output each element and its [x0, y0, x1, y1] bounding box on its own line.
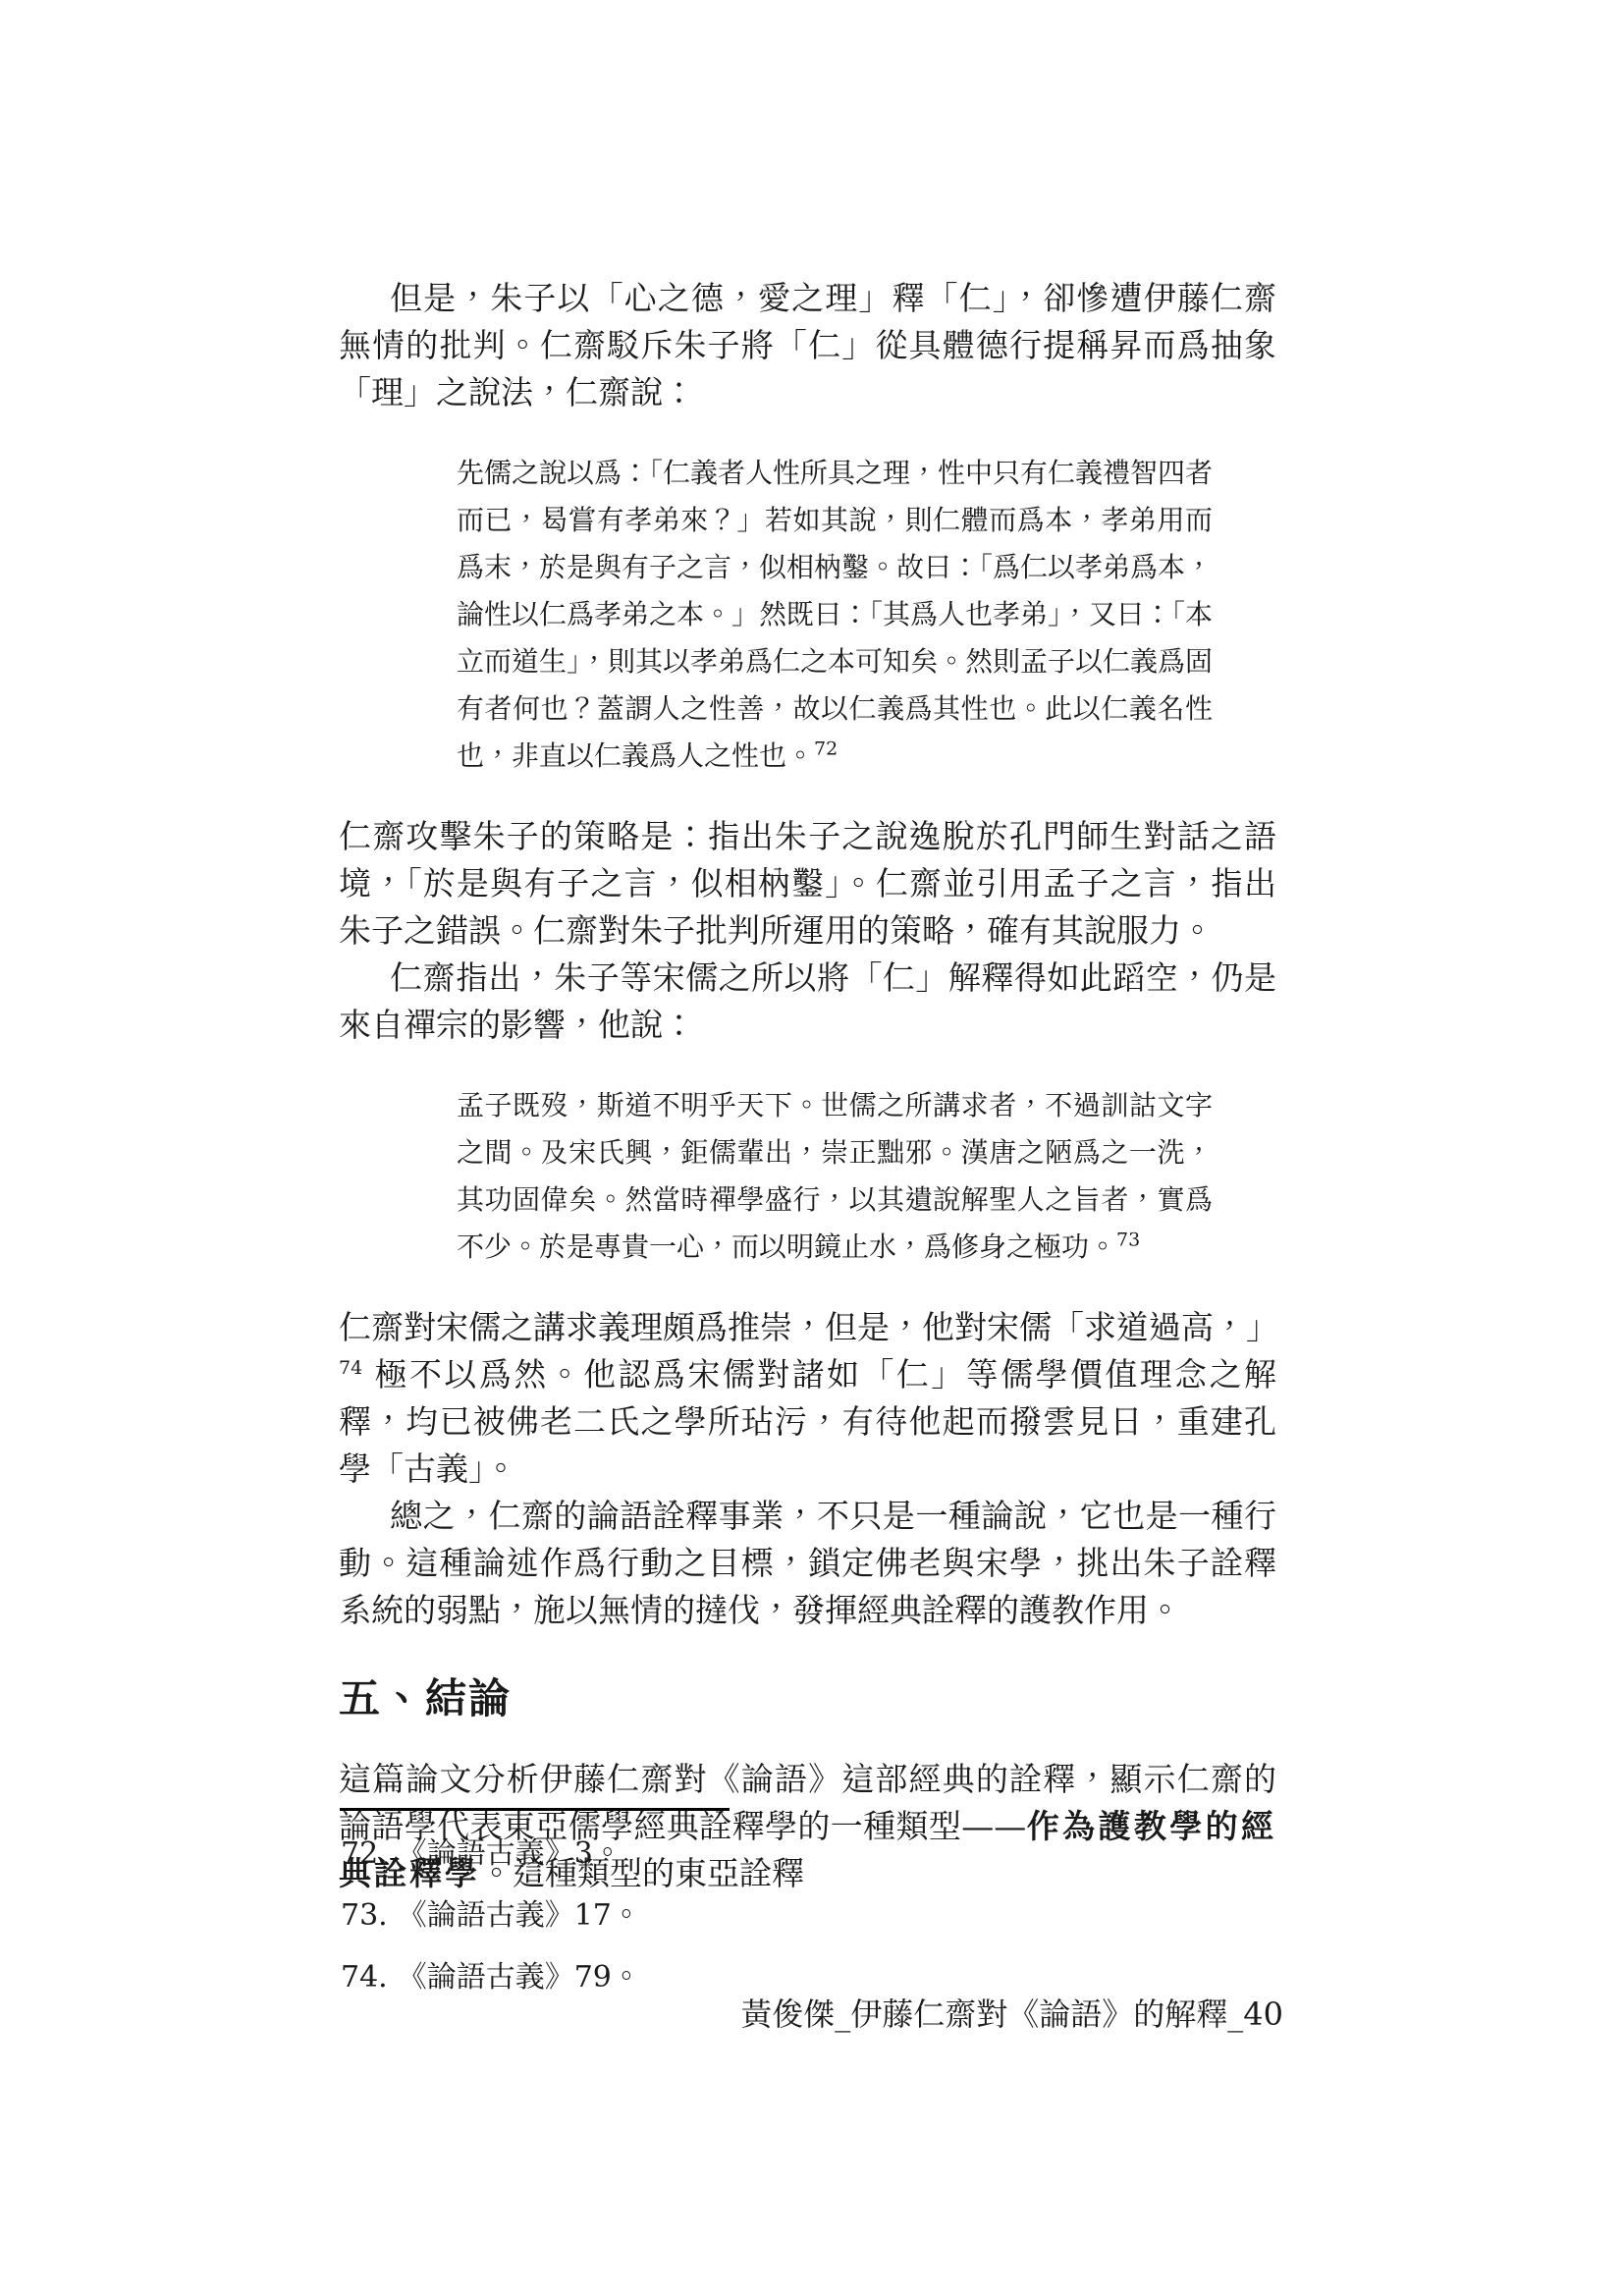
footnote-number: 73. [341, 1898, 388, 1933]
footnote-73: 73.《論語古義》17。 [341, 1885, 1224, 1946]
paragraph-zen-influence: 仁齋指出，朱子等宋儒之所以將「仁」解釋得如此蹈空，仍是來自禪宗的影響，他說： [339, 955, 1276, 1049]
footnote-text: 《論語古義》17。 [398, 1898, 641, 1933]
footnote-ref-72: 72 [814, 738, 838, 760]
paragraph-text: 總之，仁齋的論語詮釋事業，不只是一種論說，它也是一種行動。這種論述作爲行動之目標… [339, 1497, 1276, 1629]
paragraph-text: 仁齋指出，朱子等宋儒之所以將「仁」解釋得如此蹈空，仍是來自禪宗的影響，他說： [339, 958, 1276, 1044]
paragraph-song-confucians: 仁齋對宋儒之講求義理頗爲推崇，但是，他對宋儒「求道過高，」74極不以爲然。他認爲… [339, 1304, 1276, 1493]
footnote-text: 《論語古義》79。 [398, 1960, 641, 1995]
footnote-number: 74. [341, 1960, 388, 1995]
document-page: 但是，朱子以「心之德，愛之理」釋「仁」，卻慘遭伊藤仁齋無情的批判。仁齋駁斥朱子將… [0, 0, 1623, 2296]
paragraph-summary: 總之，仁齋的論語詮釋事業，不只是一種論說，它也是一種行動。這種論述作爲行動之目標… [339, 1493, 1276, 1634]
quote-text: 孟子既歿，斯道不明乎天下。世儒之所講求者，不過訓詁文字之間。及宋氏興，鉅儒輩出，… [457, 1089, 1213, 1263]
footnote-ref-74: 74 [339, 1357, 362, 1379]
quote-text: 先儒之說以爲：「仁義者人性所具之理，性中只有仁義禮智四者而已，曷嘗有孝弟來？」若… [457, 457, 1213, 772]
running-footer-page-number: 黃俊傑_伊藤仁齋對《論語》的解釋_40 [740, 1992, 1283, 2037]
section-heading-conclusion: 五、結論 [339, 1669, 1276, 1728]
main-text-column: 但是，朱子以「心之德，愛之理」釋「仁」，卻慘遭伊藤仁齋無情的批判。仁齋駁斥朱子將… [339, 275, 1276, 1897]
blockquote-rongo-kogi-1: 先儒之說以爲：「仁義者人性所具之理，性中只有仁義禮智四者而已，曷嘗有孝弟來？」若… [457, 450, 1213, 780]
paragraph-strategy: 仁齋攻擊朱子的策略是：指出朱子之說逸脫於孔門師生對話之語境，「於是與有子之言，似… [339, 813, 1276, 955]
paragraph-text: 極不以爲然。他認爲宋儒對諸如「仁」等儒學價值理念之解釋，均已被佛老二氏之學所玷污… [339, 1355, 1276, 1488]
paragraph-intro-critique: 但是，朱子以「心之德，愛之理」釋「仁」，卻慘遭伊藤仁齋無情的批判。仁齋駁斥朱子將… [339, 275, 1276, 416]
paragraph-text: 但是，朱子以「心之德，愛之理」釋「仁」，卻慘遭伊藤仁齋無情的批判。仁齋駁斥朱子將… [339, 279, 1276, 411]
footnote-text: 《論語古義》3。 [398, 1836, 622, 1871]
footnotes-block: 72.《論語古義》3。 73.《論語古義》17。 74.《論語古義》79。 [341, 1823, 1224, 2008]
footnote-separator-rule [340, 1808, 730, 1811]
footnote-72: 72.《論語古義》3。 [341, 1823, 1224, 1885]
paragraph-text: 仁齋對宋儒之講求義理頗爲推崇，但是，他對宋儒「求道過高，」 [339, 1308, 1278, 1346]
footnote-ref-73: 73 [1116, 1230, 1140, 1251]
footnote-number: 72. [341, 1836, 388, 1871]
blockquote-rongo-kogi-2: 孟子既歿，斯道不明乎天下。世儒之所講求者，不過訓詁文字之間。及宋氏興，鉅儒輩出，… [457, 1082, 1213, 1271]
paragraph-text: 仁齋攻擊朱子的策略是：指出朱子之說逸脫於孔門師生對話之語境，「於是與有子之言，似… [339, 817, 1276, 950]
